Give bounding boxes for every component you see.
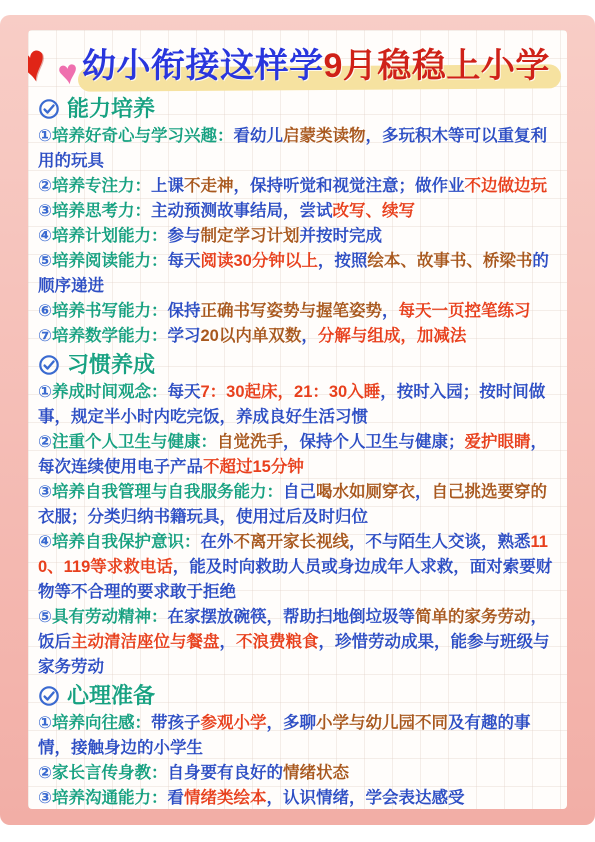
item-number: ② — [38, 433, 52, 451]
text-segment: 每天 — [167, 252, 200, 270]
text-segment: 爱护眼睛 — [464, 433, 530, 451]
text-segment: 分解与组成，加减法 — [318, 327, 467, 345]
item-number: ① — [38, 383, 52, 401]
item-number: ⑤ — [38, 608, 52, 626]
item-number: ② — [38, 764, 52, 782]
text-segment: 20以内单双数 — [200, 327, 301, 345]
content-card: ♥ ♥ 幼小衔接这样学9月稳稳上小学 能力培养①培养好奇心与学习兴趣：看幼儿启蒙… — [28, 30, 567, 809]
text-segment: 改写、续写 — [332, 202, 415, 220]
item-lead: 培养自我保护意识： — [52, 533, 201, 551]
list-item: ②培养专注力：上课不走神，保持听觉和视觉注意；做作业不边做边玩 — [38, 174, 557, 199]
list-item: ③培养自我管理与自我服务能力：自己喝水如厕穿衣，自己挑选要穿的衣服；分类归纳书籍… — [38, 480, 557, 530]
text-segment: ， — [301, 327, 318, 345]
pink-frame: ♥ ♥ 幼小衔接这样学9月稳稳上小学 能力培养①培养好奇心与学习兴趣：看幼儿启蒙… — [0, 15, 595, 825]
section-heading-label: 心理准备 — [67, 683, 155, 709]
text-segment: ，多聊 — [266, 714, 316, 732]
text-segment: ， — [220, 633, 237, 651]
text-segment: ，保持个人卫生与健康； — [283, 433, 465, 451]
text-segment: 7：30起床，21：30入睡 — [200, 383, 380, 401]
text-segment: 在外 — [200, 533, 233, 551]
item-number: ③ — [38, 483, 52, 501]
item-lead: 培养专注力： — [52, 177, 151, 195]
poster-page: ♥ ♥ 幼小衔接这样学9月稳稳上小学 能力培养①培养好奇心与学习兴趣：看幼儿启蒙… — [0, 0, 595, 842]
check-circle-icon — [38, 354, 60, 376]
item-lead: 具有劳动精神： — [52, 608, 168, 626]
text-segment: ， — [415, 483, 432, 501]
text-segment: 主动清洁座位与餐盘 — [71, 633, 220, 651]
list-item: ②家长言传身教：自身要有良好的情绪状态 — [38, 761, 557, 786]
text-segment: 参观小学 — [200, 714, 266, 732]
list-item: ⑤具有劳动精神：在家摆放碗筷，帮助扫地倒垃圾等简单的家务劳动，饭后主动清洁座位与… — [38, 605, 557, 680]
text-segment: 每天一页控笔练习 — [398, 302, 530, 320]
text-segment: 看 — [167, 789, 184, 807]
item-number: ① — [38, 127, 52, 145]
list-item: ⑦培养数学能力：学习20以内单双数，分解与组成，加减法 — [38, 324, 557, 349]
text-segment: 绘本、故事书、桥梁书 — [367, 252, 532, 270]
text-segment: 主动预测故事结局，尝试 — [151, 202, 333, 220]
text-segment: 保持 — [167, 302, 200, 320]
section-2: 习惯养成①养成时间观念：每天7：30起床，21：30入睡，按时入园；按时间做事，… — [38, 352, 557, 680]
section-3: 心理准备①培养向往感：带孩子参观小学，多聊小学与幼儿园不同及有趣的事情，接触身边… — [38, 683, 557, 809]
text-segment: 不超过15分钟 — [203, 458, 304, 476]
text-segment: 衣服；分类归纳书籍玩具，使用过后及时归位 — [38, 508, 368, 526]
section-heading-label: 能力培养 — [67, 96, 155, 122]
text-segment: ，认识情绪，学会表达感受 — [266, 789, 464, 807]
text-segment: 自己 — [283, 483, 316, 501]
list-item: ③培养沟通能力：看情绪类绘本，认识情绪，学会表达感受 — [38, 786, 557, 809]
text-segment: 简单的家务劳动 — [415, 608, 531, 626]
list-item: ③培养思考力：主动预测故事结局，尝试改写、续写 — [38, 199, 557, 224]
poster-title: ♥ ♥ 幼小衔接这样学9月稳稳上小学 — [38, 40, 557, 92]
list-item: ④培养自我保护意识：在外不离开家长视线，不与陌生人交谈，熟悉110、119等求救… — [38, 530, 557, 605]
section-heading-label: 习惯养成 — [67, 352, 155, 378]
item-number: ④ — [38, 227, 52, 245]
text-segment: 参与 — [167, 227, 200, 245]
text-segment: 阅读30分钟以上 — [200, 252, 317, 270]
text-segment: 不走神 — [184, 177, 234, 195]
list-item: ①养成时间观念：每天7：30起床，21：30入睡，按时入园；按时间做事，规定半小… — [38, 380, 557, 430]
section-heading: 心理准备 — [38, 683, 155, 709]
text-segment: ，保持听觉和视觉注意；做作业 — [233, 177, 464, 195]
item-number: ③ — [38, 789, 52, 807]
item-lead: 家长言传身教： — [52, 764, 168, 782]
item-lead: 培养计划能力： — [52, 227, 168, 245]
check-circle-icon — [38, 98, 60, 120]
text-segment: 不浪费粮食 — [236, 633, 319, 651]
sections-container: 能力培养①培养好奇心与学习兴趣：看幼儿启蒙类读物，多玩积木等可以重复利用的玩具②… — [38, 96, 557, 809]
text-segment: 启蒙类读物 — [283, 127, 366, 145]
text-segment: 看幼儿 — [233, 127, 283, 145]
page-title: 幼小衔接这样学9月稳稳上小学 — [82, 42, 557, 90]
text-segment: 上课 — [151, 177, 184, 195]
text-segment: ，不与陌生人交谈，熟悉 — [349, 533, 531, 551]
list-item: ②注重个人卫生与健康：自觉洗手，保持个人卫生与健康；爱护眼睛，每次连续使用电子产… — [38, 430, 557, 480]
item-lead: 养成时间观念： — [52, 383, 168, 401]
item-lead: 注重个人卫生与健康： — [52, 433, 217, 451]
item-lead: 培养向往感： — [52, 714, 151, 732]
item-lead: 培养阅读能力： — [52, 252, 168, 270]
text-segment: 正确书写姿势与握笔姿势 — [200, 302, 382, 320]
item-lead: 培养思考力： — [52, 202, 151, 220]
text-segment: 带孩子 — [151, 714, 201, 732]
text-segment: 自觉洗手 — [217, 433, 283, 451]
check-circle-icon — [38, 685, 60, 707]
text-segment: 制定学习计划 — [200, 227, 299, 245]
text-segment: 小学与幼儿园不同 — [316, 714, 448, 732]
item-lead: 培养好奇心与学习兴趣： — [52, 127, 234, 145]
item-number: ⑥ — [38, 302, 52, 320]
item-number: ① — [38, 714, 52, 732]
text-segment: 每天 — [167, 383, 200, 401]
list-item: ①培养向往感：带孩子参观小学，多聊小学与幼儿园不同及有趣的事情，接触身边的小学生 — [38, 711, 557, 761]
list-item: ①培养好奇心与学习兴趣：看幼儿启蒙类读物，多玩积木等可以重复利用的玩具 — [38, 124, 557, 174]
text-segment: 喝水如厕穿衣 — [316, 483, 415, 501]
text-segment: 学习 — [167, 327, 200, 345]
text-segment: 在家摆放碗筷，帮助扫地倒垃圾等 — [167, 608, 415, 626]
red-heart-icon: ♥ — [28, 35, 53, 93]
item-number: ⑤ — [38, 252, 52, 270]
section-heading: 习惯养成 — [38, 352, 155, 378]
text-segment: 自己挑选要穿的 — [431, 483, 547, 501]
item-number: ③ — [38, 202, 52, 220]
item-number: ④ — [38, 533, 52, 551]
text-segment: 不边做边玩 — [464, 177, 547, 195]
title-part-red: 9月稳稳上小学 — [324, 47, 550, 85]
item-lead: 培养数学能力： — [52, 327, 168, 345]
item-lead: 培养自我管理与自我服务能力： — [52, 483, 283, 501]
item-number: ⑦ — [38, 327, 52, 345]
list-item: ⑤培养阅读能力：每天阅读30分钟以上，按照绘本、故事书、桥梁书的顺序递进 — [38, 249, 557, 299]
item-lead: 培养沟通能力： — [52, 789, 168, 807]
item-lead: 培养书写能力： — [52, 302, 168, 320]
list-item: ⑥培养书写能力：保持正确书写姿势与握笔姿势，每天一页控笔练习 — [38, 299, 557, 324]
title-part-blue: 幼小衔接这样学 — [82, 47, 324, 85]
text-segment: ，按照 — [318, 252, 368, 270]
text-segment: 自身要有良好的 — [167, 764, 283, 782]
section-heading: 能力培养 — [38, 96, 155, 122]
list-item: ④培养计划能力：参与制定学习计划并按时完成 — [38, 224, 557, 249]
text-segment: 并按时完成 — [299, 227, 382, 245]
pink-heart-icon: ♥ — [56, 55, 81, 91]
text-segment: 情绪类绘本 — [184, 789, 267, 807]
text-segment: 情绪状态 — [283, 764, 349, 782]
section-1: 能力培养①培养好奇心与学习兴趣：看幼儿启蒙类读物，多玩积木等可以重复利用的玩具②… — [38, 96, 557, 349]
text-segment: 不离开家长视线 — [233, 533, 349, 551]
text-segment: ， — [382, 302, 399, 320]
item-number: ② — [38, 177, 52, 195]
